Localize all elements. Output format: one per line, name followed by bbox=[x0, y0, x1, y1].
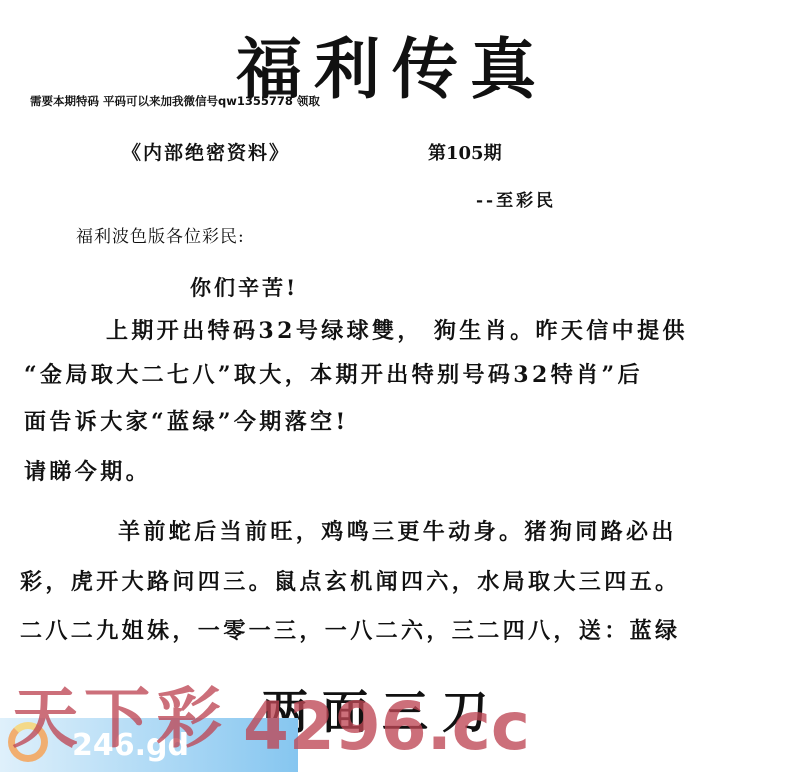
watermark-site-name: 天下彩 bbox=[12, 686, 228, 752]
watermark-site-url: 4296.cc bbox=[243, 694, 530, 760]
document-subtitle: 《内部绝密资料》 bbox=[122, 138, 290, 165]
letter-thanks: 你们辛苦! bbox=[190, 272, 298, 302]
page-title: 福利传真 bbox=[236, 36, 548, 102]
letter-greeting: 福利波色版各位彩民: bbox=[76, 222, 245, 247]
paragraph-line: 请睇今期。 bbox=[24, 455, 151, 486]
paragraph-line: 面告诉大家“蓝绿”今期落空! bbox=[24, 405, 349, 436]
verse-line: 羊前蛇后当前旺，鸡鸣三更牛动身。猪狗同路必出 bbox=[118, 515, 677, 546]
wechat-notice: 需要本期特码 平码可以来加我微信号qw1355778 领取 bbox=[30, 96, 320, 108]
paragraph-line: “金局取大二七八”取大，本期开出特别号码32特肖”后 bbox=[24, 358, 643, 389]
verse-line: 二八二九姐妹，一零一三，一八二六，三二四八，送：蓝绿 bbox=[20, 614, 680, 645]
paragraph-line: 上期开出特码32号绿球雙， 狗生肖。昨天信中提供 bbox=[106, 314, 688, 345]
signature: --至彩民 bbox=[476, 186, 556, 211]
verse-line: 彩，虎开大路问四三。鼠点玄机闻四六，水局取大三四五。 bbox=[20, 565, 680, 596]
issue-number: 第105期 bbox=[428, 139, 502, 165]
